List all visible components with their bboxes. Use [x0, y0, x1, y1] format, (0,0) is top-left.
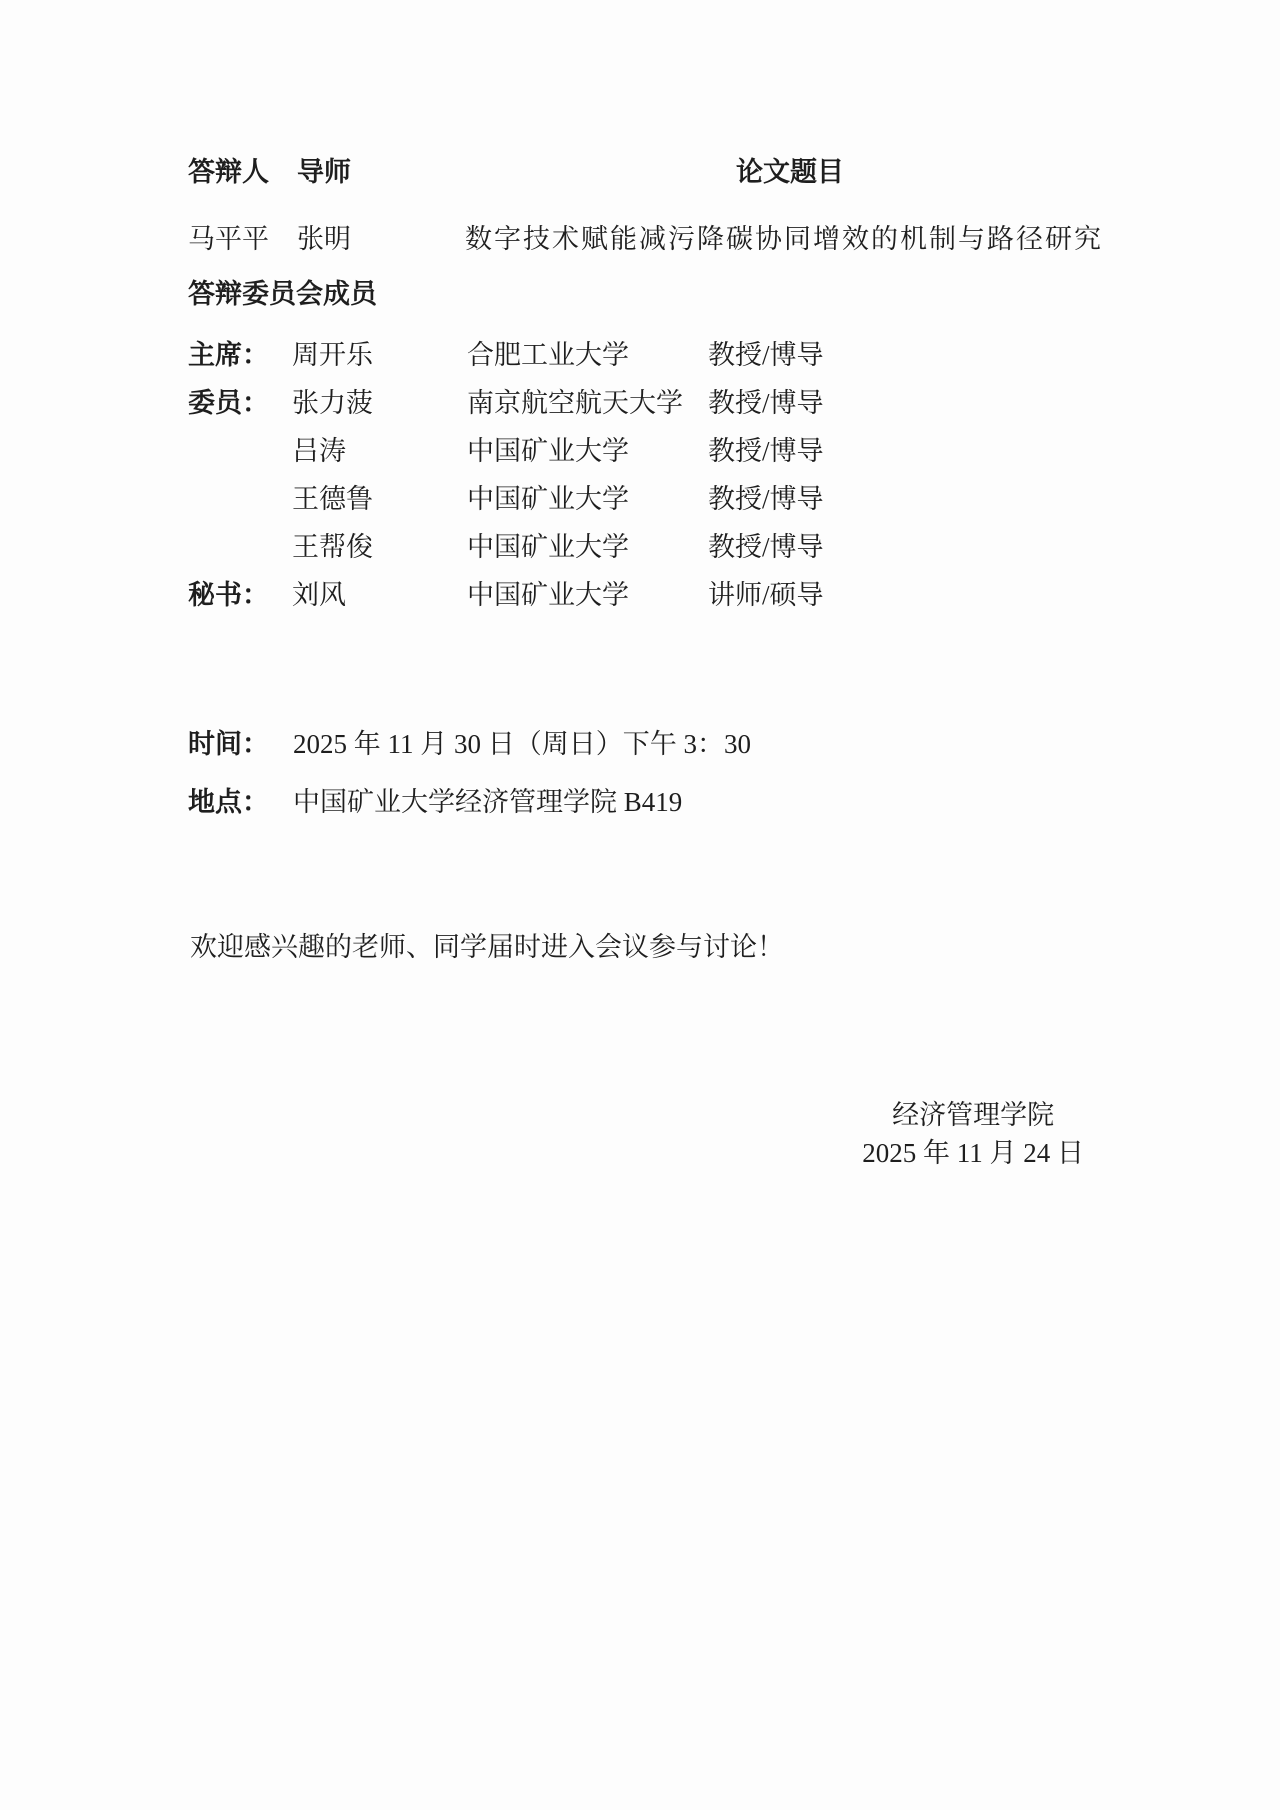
member-affiliation: 中国矿业大学 [467, 477, 629, 516]
member-role-label: 主席： [188, 333, 269, 372]
member-name: 吕涛 [292, 429, 346, 468]
member-affiliation: 中国矿业大学 [467, 429, 629, 468]
member-role-label: 秘书： [188, 573, 269, 612]
member-academic-title: 讲师/硕导 [708, 573, 824, 612]
member-affiliation: 南京航空航天大学 [467, 381, 683, 420]
time-value: 2025 年 11 月 30 日（周日）下午 3：30 [293, 722, 751, 761]
defender-name: 马平平 [188, 217, 269, 256]
member-academic-title: 教授/博导 [708, 381, 824, 420]
signature-date: 2025 年 11 月 24 日 [862, 1134, 1084, 1172]
member-role-label: 委员： [188, 381, 269, 420]
defender-column-header: 答辩人 [188, 150, 269, 189]
place-label: 地点： [188, 780, 269, 819]
thesis-title-column-header: 论文题目 [465, 150, 1115, 189]
member-affiliation: 中国矿业大学 [467, 573, 629, 612]
advisor-name: 张明 [297, 217, 351, 256]
member-academic-title: 教授/博导 [708, 429, 824, 468]
member-name: 刘风 [292, 573, 346, 612]
time-label: 时间： [188, 722, 269, 761]
place-value: 中国矿业大学经济管理学院 B419 [293, 780, 682, 819]
thesis-title: 数字技术赋能减污降碳协同增效的机制与路径研究 [465, 217, 1103, 256]
committee-section-heading: 答辩委员会成员 [188, 272, 377, 311]
member-academic-title: 教授/博导 [708, 477, 824, 516]
advisor-column-header: 导师 [297, 150, 351, 189]
member-name: 张力菠 [292, 381, 373, 420]
member-name: 王德鲁 [292, 477, 373, 516]
member-affiliation: 合肥工业大学 [467, 333, 629, 372]
defense-announcement-page: 答辩人 导师 论文题目 马平平 张明 数字技术赋能减污降碳协同增效的机制与路径研… [0, 0, 1280, 1810]
member-academic-title: 教授/博导 [708, 333, 824, 372]
signature-organization: 经济管理学院 [862, 1096, 1084, 1134]
member-name: 王帮俊 [292, 525, 373, 564]
member-academic-title: 教授/博导 [708, 525, 824, 564]
member-name: 周开乐 [292, 333, 373, 372]
invitation-text: 欢迎感兴趣的老师、同学届时进入会议参与讨论！ [190, 925, 784, 964]
member-affiliation: 中国矿业大学 [467, 525, 629, 564]
signature-block: 经济管理学院 2025 年 11 月 24 日 [862, 1096, 1084, 1172]
